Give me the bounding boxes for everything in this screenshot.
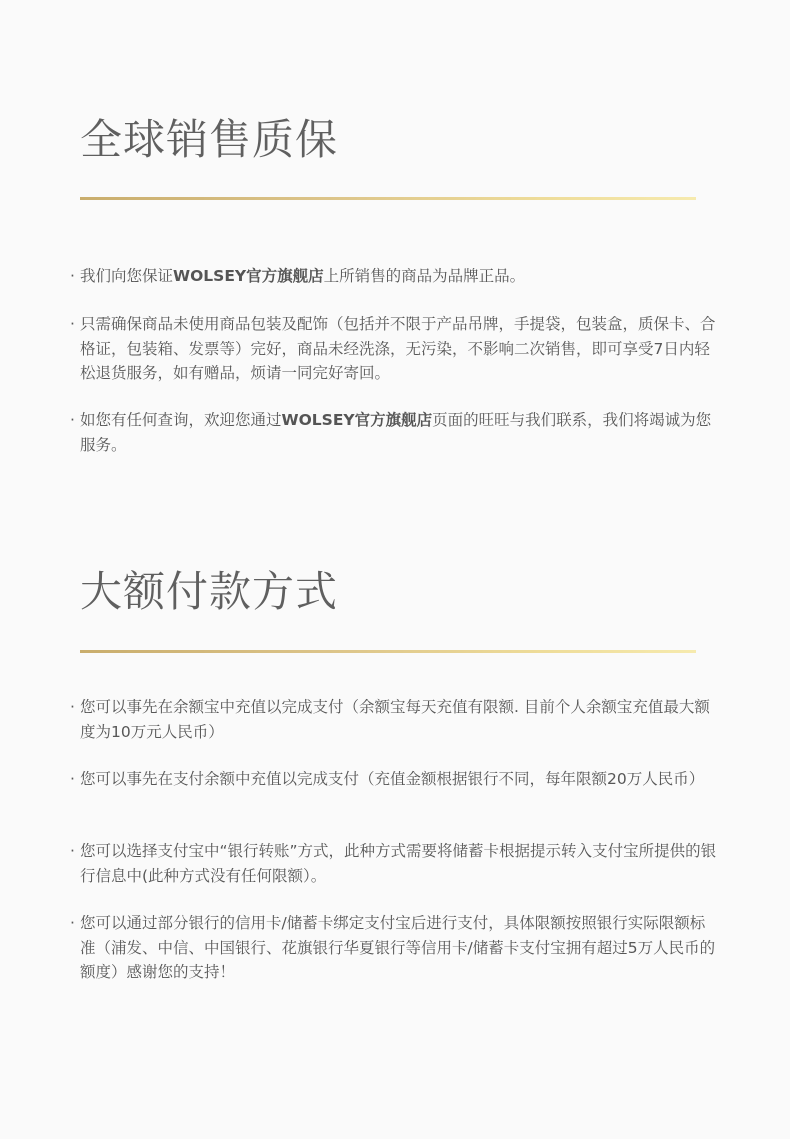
- section-title-warranty: 全球销售质保: [80, 116, 338, 164]
- bullet-dot: ·: [70, 408, 80, 433]
- warranty-paragraph-1: ·我们向您保证WOLSEY官方旗舰店上所销售的商品为品牌正品。: [70, 264, 720, 289]
- payment-paragraph-1: ·您可以事先在余额宝中充值以完成支付（余额宝每天充值有限额. 目前个人余额宝充值…: [70, 695, 720, 744]
- bullet-dot: ·: [70, 767, 80, 792]
- store-name: WOLSEY官方旗舰店: [173, 267, 324, 285]
- para-text: 只需确保商品未使用商品包装及配饰（包括并不限于产品吊牌，手提袋，包装盒，质保卡、…: [80, 315, 716, 382]
- gold-divider: [80, 197, 696, 200]
- warranty-paragraph-2: ·只需确保商品未使用商品包装及配饰（包括并不限于产品吊牌，手提袋，包装盒，质保卡…: [70, 312, 720, 386]
- payment-paragraph-2: ·您可以事先在支付余额中充值以完成支付（充值金额根据银行不同，每年限额20万人民…: [70, 767, 720, 792]
- para-text: 您可以通过部分银行的信用卡/储蓄卡绑定支付宝后进行支付，具体限额按照银行实际限额…: [80, 914, 715, 981]
- gold-divider: [80, 650, 696, 653]
- bullet-dot: ·: [70, 695, 80, 720]
- payment-paragraph-3: ·您可以选择支付宝中“银行转账”方式，此种方式需要将储蓄卡根据提示转入支付宝所提…: [70, 839, 720, 888]
- bullet-dot: ·: [70, 911, 80, 936]
- para-text: 您可以事先在支付余额中充值以完成支付（充值金额根据银行不同，每年限额20万人民币…: [80, 770, 704, 788]
- para-text: 上所销售的商品为品牌正品。: [324, 267, 526, 285]
- bullet-dot: ·: [70, 264, 80, 289]
- payment-paragraph-4: ·您可以通过部分银行的信用卡/储蓄卡绑定支付宝后进行支付，具体限额按照银行实际限…: [70, 911, 720, 985]
- para-text: 您可以选择支付宝中“银行转账”方式，此种方式需要将储蓄卡根据提示转入支付宝所提供…: [80, 842, 716, 885]
- store-name: WOLSEY官方旗舰店: [282, 411, 433, 429]
- section-title-payment: 大额付款方式: [80, 568, 338, 616]
- para-text: 您可以事先在余额宝中充值以完成支付（余额宝每天充值有限额. 目前个人余额宝充值最…: [80, 698, 710, 741]
- bullet-dot: ·: [70, 839, 80, 864]
- para-text: 我们向您保证: [80, 267, 173, 285]
- para-text: 如您有任何查询，欢迎您通过: [80, 411, 282, 429]
- bullet-dot: ·: [70, 312, 80, 337]
- warranty-paragraph-3: ·如您有任何查询，欢迎您通过WOLSEY官方旗舰店页面的旺旺与我们联系，我们将竭…: [70, 408, 720, 457]
